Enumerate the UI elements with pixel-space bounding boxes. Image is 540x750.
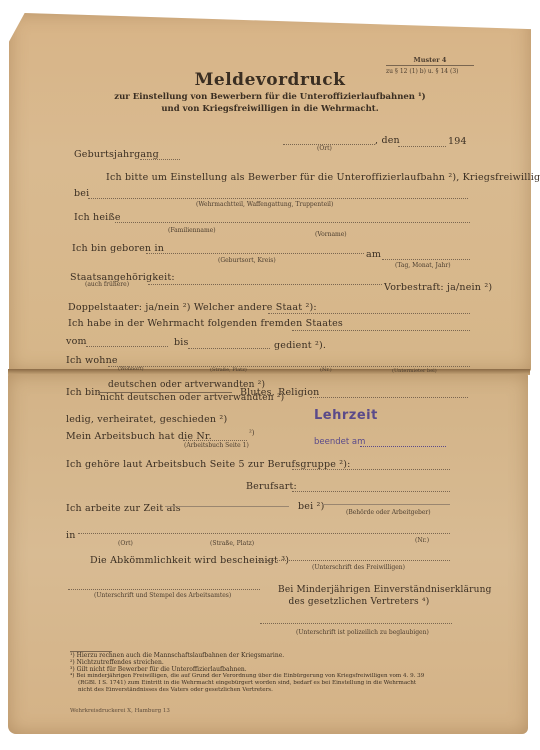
nr-caption-2: (Nr.): [415, 537, 429, 544]
date-field[interactable]: [398, 146, 446, 147]
am-label: am: [366, 249, 381, 260]
freiwilliger-signature-field[interactable]: [258, 560, 450, 561]
footnote-2: ²) Nichtzutreffendes streichen.: [70, 659, 164, 666]
geburtsjahrgang-field[interactable]: [140, 159, 180, 160]
vom-label: vom: [66, 336, 87, 347]
doppelstaater-label: Doppelstaater: ja/nein ²) Welcher andere…: [68, 302, 317, 313]
datum-caption: (Tag, Monat, Jahr): [395, 262, 451, 269]
footnote-4: ⁴) Bei minderjährigen Freiwilligen, die …: [70, 673, 424, 679]
untermieter-caption: (Untermieter bei): [392, 368, 437, 374]
subtitle-line-1: zur Einstellung von Bewerbern für die Un…: [0, 92, 540, 102]
beglaubigen-caption: (Unterschrift ist polizeilich zu beglaub…: [296, 629, 429, 636]
bis-label: bis: [174, 337, 189, 348]
fremder-staat-field[interactable]: [292, 330, 470, 331]
strasse-caption-2: (Straße, Platz): [210, 540, 254, 547]
name-field[interactable]: [115, 222, 470, 223]
beendet-am-field[interactable]: [360, 446, 446, 447]
footnote-4-cont-1: (RGBl. I S. 1741) zum Eintritt in die We…: [78, 680, 416, 686]
bei-field[interactable]: [88, 198, 468, 199]
ort-caption-2: (Ort): [118, 540, 133, 547]
wohnort-caption: (Wohnort): [118, 366, 144, 372]
muster-rule: [386, 65, 474, 66]
beendet-am-stamp: beendet am: [314, 437, 365, 447]
bitte-text: Ich bitte um Einstellung als Bewerber fü…: [106, 172, 540, 183]
ort-caption: (Ort): [317, 145, 332, 152]
vertreter-signature-field[interactable]: [260, 623, 452, 624]
arbeitgeber-field[interactable]: [322, 504, 450, 505]
bei-caption: (Wehrmachtteil, Waffengattung, Truppente…: [196, 201, 333, 208]
muster-label: Muster 4: [400, 56, 460, 64]
fremden-staates-label: Ich habe in der Wehrmacht folgenden frem…: [68, 318, 343, 329]
arbeitsbuch-field[interactable]: [183, 440, 247, 441]
anderer-staat-field[interactable]: [268, 313, 470, 314]
taetigkeit-field[interactable]: [165, 506, 289, 507]
footnote-4-cont-2: nicht des Einverständnisses des Vaters o…: [78, 687, 273, 693]
unterschrift-freiwilligen-caption: (Unterschrift des Freiwilligen): [312, 564, 405, 571]
lehrzeit-stamp: Lehrzeit: [314, 408, 378, 423]
vorname-caption: (Vorname): [315, 231, 347, 238]
page-title: Meldevordruck: [0, 70, 540, 90]
geburtsdatum-field[interactable]: [382, 259, 470, 260]
unterschrift-arbeitsamt-caption: (Unterschrift und Stempel des Arbeitsamt…: [94, 592, 231, 599]
geburtsort-caption: (Geburtsort, Kreis): [218, 257, 276, 264]
berufsgruppe-field[interactable]: [292, 469, 450, 470]
arbeitsbuch-caption: (Arbeitsbuch Seite 1): [184, 442, 249, 449]
staatsangehoerigkeit-field[interactable]: [148, 284, 382, 285]
wohnort-field[interactable]: [108, 366, 470, 367]
minderjaehrige-line-1: Bei Minderjährigen Einverständniserkläru…: [278, 585, 440, 595]
arbeitsbuch-sup: ²): [249, 429, 255, 437]
blutes-religion-label: Blutes, Religion: [240, 387, 320, 398]
footnote-1: ¹) Hierzu rechnen auch die Mannschaftsla…: [70, 652, 284, 659]
minderjaehrige-line-2: des gesetzlichen Vertreters ⁴): [278, 597, 440, 607]
arbeitsamt-signature-field[interactable]: [68, 589, 260, 590]
religion-field[interactable]: [310, 397, 468, 398]
bis-field[interactable]: [188, 348, 270, 349]
ich-bin-label: Ich bin: [66, 387, 101, 398]
year-prefix: 194: [448, 136, 467, 147]
printer-imprint: Wehrkreisdruckerei X, Hamburg 13: [70, 708, 170, 714]
footnote-3: ³) Gilt nicht für Bewerber für die Unter…: [70, 666, 247, 673]
familienstand-options[interactable]: ledig, verheiratet, geschieden ²): [66, 414, 227, 425]
arbeitsort-field[interactable]: [78, 533, 450, 534]
heisse-label: Ich heiße: [74, 212, 121, 223]
in-label: in: [66, 530, 76, 541]
geburtsort-field[interactable]: [146, 253, 364, 254]
strasse-caption: (Straße, Platz): [210, 367, 247, 373]
familienname-caption: (Familienname): [168, 227, 216, 234]
vorbestraft-label: Vorbestraft: ja/nein ²): [384, 282, 492, 293]
den-label: , den: [375, 135, 400, 146]
bei2-label: bei ²): [298, 501, 324, 512]
auch-fruehere-caption: (auch frühere): [85, 281, 129, 288]
gedient-label: gedient ²).: [274, 340, 326, 351]
subtitle-line-2: und von Kriegsfreiwilligen in die Wehrma…: [0, 104, 540, 114]
berufsart-label: Berufsart:: [246, 481, 297, 492]
arbeite-label: Ich arbeite zur Zeit als: [66, 503, 181, 514]
nr-caption: (Nr.): [320, 367, 332, 373]
arbeitgeber-caption: (Behörde oder Arbeitgeber): [346, 509, 431, 516]
wohne-label: Ich wohne: [66, 355, 118, 366]
berufsart-field[interactable]: [292, 491, 450, 492]
vom-field[interactable]: [86, 346, 168, 347]
